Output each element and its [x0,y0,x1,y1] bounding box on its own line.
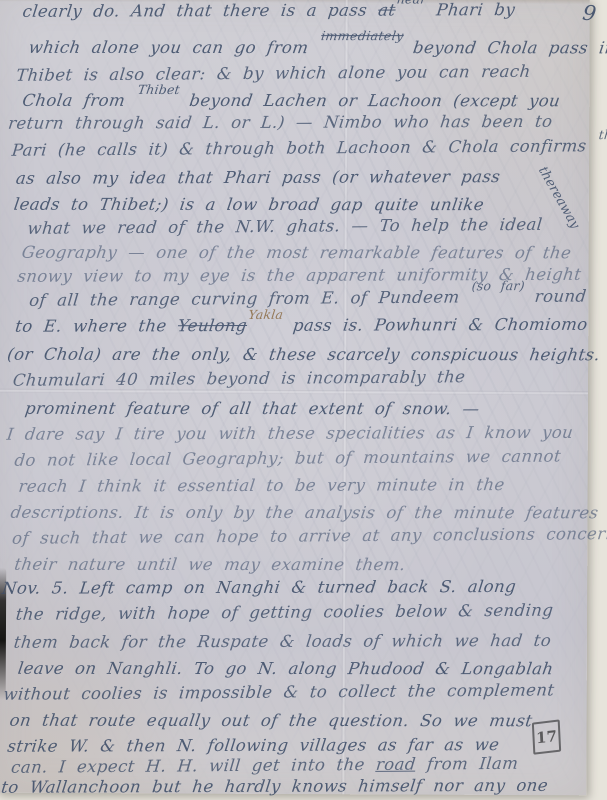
manuscript-line: return through said L. or L.) — Nimbo wh… [7,114,553,132]
scan-background: 9 17 clearly do. And that there is a pas… [0,0,607,800]
manuscript-line: them back for the Ruspate & loads of whi… [13,633,552,651]
manuscript-line: the ridge, with hope of getting coolies … [15,603,554,624]
line-text: their nature until we may examine them. [13,555,407,574]
manuscript-line: as also my idea that Phari pass (or what… [15,169,501,187]
line-text: return through said L. or L.) — Nimbo wh… [7,112,554,133]
manuscript-line: descriptions. It is only by the analysis… [9,505,599,522]
manuscript-line: I dare say I tire you with these special… [6,425,574,443]
manuscript-line: leads to Thibet;) is a low broad gap qui… [13,197,485,214]
line-text: can. I expect H. H. will get into the [10,755,377,777]
manuscript-line: of all the range curving from E. of Pund… [28,288,587,309]
manuscript-line: do not like local Geography; but of moun… [14,449,562,470]
interlinear-insert: near [396,0,427,6]
line-text: which alone you can go from [27,38,321,57]
line-text: beyond Lachen or Lachoon (except you [177,91,562,110]
line-text: to E. where the [14,316,179,336]
line-text: Chumulari 40 miles beyond is incomparabl… [12,367,466,390]
handwriting-layer: clearly do. And that there is a pass atn… [0,0,590,795]
line-text: Thibet is also clear: & by which alone y… [15,62,531,85]
interlinear-insert: (so far) [471,280,525,293]
manuscript-line: to E. where the YeulongYakla pass is. Po… [14,317,588,335]
manuscript-line: what we read of the N.W. ghats. — To hel… [27,217,544,238]
line-text: Geography — one of the most remarkable f… [21,243,573,262]
manuscript-line: strike W. & then N. following villages a… [6,737,500,755]
manuscript-line: without coolies is impossible & to colle… [3,682,556,703]
line-text: on that route equally out of the questio… [8,711,533,730]
manuscript-line: prominent feature of all that extent of … [24,401,481,418]
manuscript-line: (or Chola) are the only, & these scarcel… [6,347,601,364]
manuscript-line: leave on Nanghli. To go N. along Phudood… [17,661,555,678]
manuscript-line: of such that we can hope to arrive at an… [11,526,607,547]
line-text: Nov. 5. Left camp on Nanghi & turned bac… [1,577,517,598]
line-text: clearly do. And that there is a pass [22,1,380,21]
interlinear-insert: Thibet [137,84,181,97]
line-text: from Ilam [415,754,519,774]
line-text: to Wallanchoon but he hardly knows himse… [0,776,549,797]
struck-word: Yeulong [177,316,248,335]
manuscript-line: can. I expect H. H. will get into the ro… [10,756,519,776]
interlinear-insert: this [598,129,607,142]
line-text: of such that we can hope to arrive at an… [11,524,607,548]
line-text: without coolies is impossible & to colle… [3,680,556,703]
line-text: Chola from [21,91,138,110]
struck-word: at [377,1,397,20]
manuscript-line: Geography — one of the most remarkable f… [21,245,573,262]
line-text: beyond Chola pass into [401,38,607,57]
line-text: do not like local Geography; but of moun… [14,447,562,470]
line-text: the ridge, with hope of getting coolies … [15,601,554,624]
manuscript-line: Nov. 5. Left camp on Nanghi & turned bac… [1,579,517,597]
manuscript-line: clearly do. And that there is a pass atn… [22,2,516,20]
line-text: reach I think it essential to be very mi… [18,475,506,496]
line-text: descriptions. It is only by the analysis… [9,503,599,523]
manuscript-line: their nature until we may examine them. [13,557,406,574]
manuscript-line: Thibet is also clear: & by which alone y… [15,64,531,85]
line-text: what we read of the N.W. ghats. — To hel… [27,215,544,238]
manuscript-page: 9 17 clearly do. And that there is a pas… [0,0,590,795]
line-text: strike W. & then N. following villages a… [6,735,500,756]
line-text: prominent feature of all that extent of … [24,399,481,418]
line-text: leads to Thibet;) is a low broad gap qui… [13,195,486,214]
line-text: Phari by [424,0,516,19]
manuscript-line: Chumulari 40 miles beyond is incomparabl… [12,369,466,389]
manuscript-line: Pari (he calls it) & through both Lachoo… [11,138,607,159]
line-text: as also my idea that Phari pass (or what… [15,167,502,188]
manuscript-line: to Wallanchoon but he hardly knows himse… [0,778,549,796]
manuscript-line: on that route equally out of the questio… [9,713,534,730]
manuscript-line: Chola from Thibet beyond Lachen or Lacho… [21,93,561,110]
line-text: them back for the Ruspate & loads of whi… [13,631,553,652]
line-text: (or Chola) are the only, & these scarcel… [6,345,601,365]
line-text: I dare say I tire you with these special… [6,423,575,444]
manuscript-line: reach I think it essential to be very mi… [18,477,506,495]
line-text: Pari (he calls it) & through both Lachoo… [11,136,599,160]
line-text: pass is. Powhunri & Chomiomo [281,315,589,335]
manuscript-line: which alone you can go from immediately … [27,40,607,57]
line-text: round [523,286,588,305]
interlinear-insert-brown-ink: Yakla [248,309,284,322]
struck-interlinear-insert: immediately [320,30,404,43]
line-text: leave on Nanghli. To go N. along Phudood… [17,659,555,678]
underlined-word: road [375,755,417,774]
